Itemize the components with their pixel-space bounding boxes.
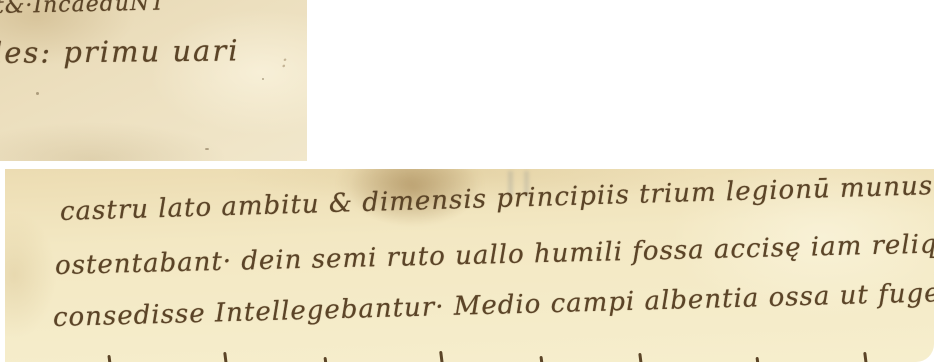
manuscript-photo: t&·IncaeduNT les: primu uari : castru la…	[0, 0, 951, 362]
parchment-speck	[36, 92, 39, 95]
clipped-line-ascenders	[75, 351, 905, 362]
manuscript-text-line: castru lato ambitu & dimensis principiis…	[60, 171, 934, 227]
parchment-fragment-top: t&·IncaeduNT les: primu uari :	[0, 0, 307, 161]
manuscript-text-line: ostentabant· dein semi ruto uallo humili…	[55, 228, 934, 281]
parchment-speck	[205, 148, 209, 150]
parchment-speck	[262, 78, 264, 80]
parchment-fragment-bottom: castru lato ambitu & dimensis principiis…	[5, 169, 934, 362]
manuscript-text-line: t&·IncaeduNT	[0, 0, 166, 19]
faint-punctuation-mark: :	[281, 48, 288, 72]
manuscript-text-line: consedisse Intellegebantur· Medio campi …	[53, 278, 934, 333]
manuscript-text-line: les: primu uari	[0, 33, 240, 70]
